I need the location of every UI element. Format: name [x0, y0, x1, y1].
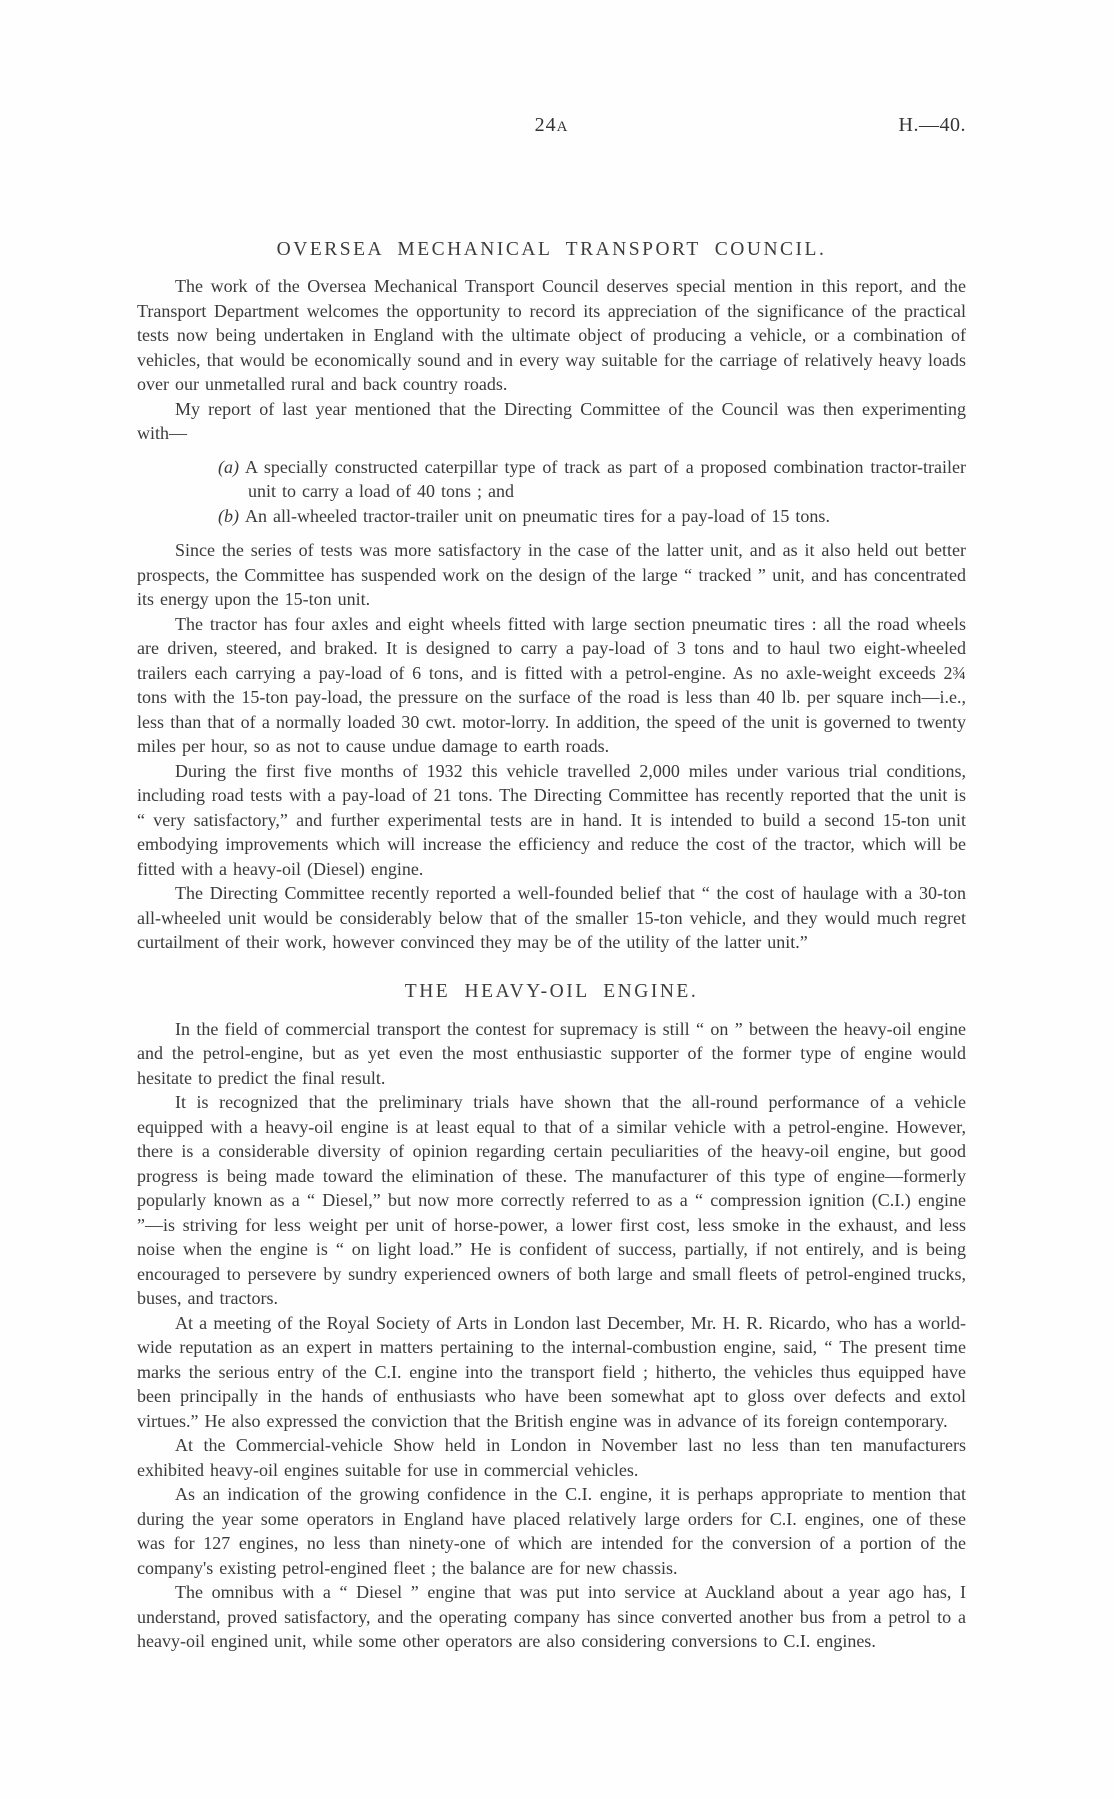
paragraph: The omnibus with a “ Diesel ” engine tha… [137, 1580, 966, 1654]
list-item-text: An all-wheeled tractor-trailer unit on p… [245, 506, 830, 526]
paragraph: The Directing Committee recently reporte… [137, 881, 966, 955]
paragraph: The tractor has four axles and eight whe… [137, 612, 966, 759]
section-heading-heavy-oil: THE HEAVY-OIL ENGINE. [137, 981, 966, 1003]
paragraph: It is recognized that the preliminary tr… [137, 1090, 966, 1311]
paragraph: At the Commercial-vehicle Show held in L… [137, 1433, 966, 1482]
paragraph: My report of last year mentioned that th… [137, 397, 966, 446]
list-item-label: (b) [218, 506, 245, 526]
list-item: (a)A specially constructed caterpillar t… [218, 455, 966, 504]
section-heading-oversea: OVERSEA MECHANICAL TRANSPORT COUNCIL. [137, 239, 966, 261]
paragraph: At a meeting of the Royal Society of Art… [137, 1311, 966, 1434]
document-reference: H.—40. [899, 114, 966, 137]
list-item: (b)An all-wheeled tractor-trailer unit o… [218, 504, 966, 529]
paragraph: The work of the Oversea Mechanical Trans… [137, 274, 966, 397]
paragraph: Since the series of tests was more satis… [137, 538, 966, 612]
page-number: 24A [535, 114, 569, 137]
experiment-list: (a)A specially constructed caterpillar t… [137, 455, 966, 529]
list-item-text: A specially constructed caterpillar type… [245, 457, 966, 502]
page-content: 24A H.—40. OVERSEA MECHANICAL TRANSPORT … [137, 0, 966, 1654]
page-number-value: 24 [535, 114, 557, 136]
document-page: 24A H.—40. OVERSEA MECHANICAL TRANSPORT … [0, 0, 1114, 1799]
paragraph: In the field of commercial transport the… [137, 1017, 966, 1091]
running-header: 24A H.—40. [137, 114, 966, 140]
list-item-label: (a) [218, 457, 245, 477]
page-number-suffix: A [557, 119, 569, 135]
paragraph: As an indication of the growing confiden… [137, 1482, 966, 1580]
paragraph: During the first five months of 1932 thi… [137, 759, 966, 882]
